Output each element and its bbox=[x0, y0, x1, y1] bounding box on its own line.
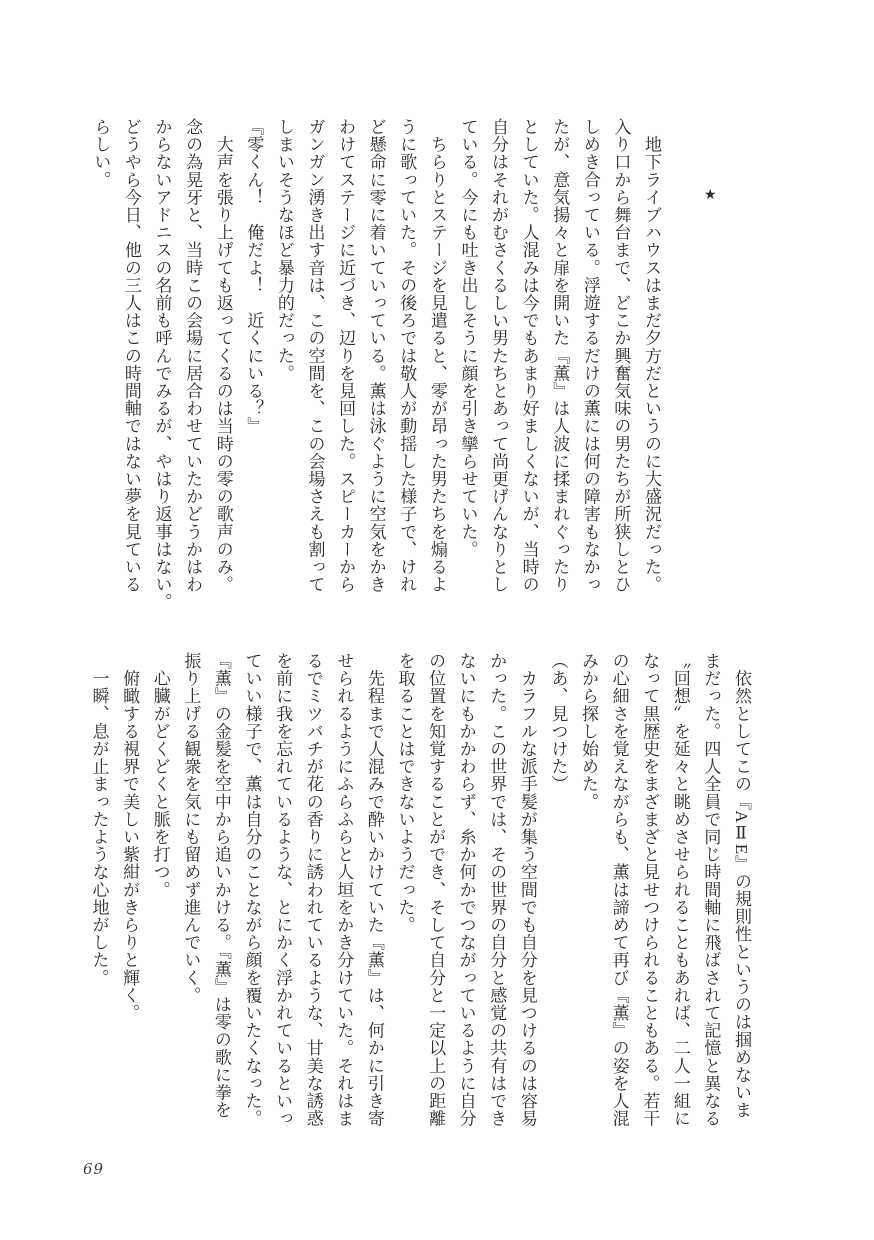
section-divider-star: ★ bbox=[704, 188, 717, 202]
text-line: カラフルな派手髪が集う空間でも自分を見つけるのは容易 bbox=[511, 652, 542, 1128]
text-line: ている。今にも吐き出しそうに顔を引き攣らせていた。 bbox=[452, 118, 483, 594]
text-line: 自分はそれがむさくるしい男たちとあって尚更げんなりとし bbox=[482, 118, 513, 594]
text-line: 一瞬、息が止まったような心地がした。 bbox=[83, 652, 114, 1128]
scene-2-text-block: 依然としてこの『AⅡE』の規則性というのは掴めないままだった。四人全員で同じ時間… bbox=[83, 652, 756, 1128]
text-line: の心細さを覚えながらも、薫は諦めて再び『薫』の姿を人混 bbox=[603, 652, 634, 1128]
text-line: （あ、見つけた） bbox=[542, 652, 573, 1128]
text-line: まだった。四人全員で同じ時間軸に飛ばされて記憶と異なる bbox=[695, 652, 726, 1128]
text-line: 地下ライブハウスはまだ夕方だというのに大盛況だった。 bbox=[635, 118, 666, 594]
text-line: 俯瞰する視界で美しい紫紺がきらりと輝く。 bbox=[114, 652, 145, 1128]
text-line: ど懸命に零に着いていっている。薫は泳ぐように空気をかき bbox=[360, 118, 391, 594]
text-line: たが、意気揚々と扉を開いた『薫』は人波に揉まれぐったり bbox=[544, 118, 575, 594]
scene-1-text-block: 地下ライブハウスはまだ夕方だというのに大盛況だった。入り口から舞台まで、どこか興… bbox=[85, 118, 666, 594]
text-line: かった。この世界では、その世界の自分と感覚の共有はでき bbox=[481, 652, 512, 1128]
text-line: ちらりとステージを見遣ると、零が昂った男たちを煽るよ bbox=[421, 118, 452, 594]
text-line: らしい。 bbox=[85, 118, 116, 594]
text-line: なって黒歴史をまざまざと見せつけられることもある。若干 bbox=[634, 652, 665, 1128]
text-line: しめき合っている。浮遊するだけの薫には何の障害もなかっ bbox=[574, 118, 605, 594]
text-line: ないにもかかわらず、糸か何かでつながっているように自分 bbox=[450, 652, 481, 1128]
text-line: 『薫』の金髪を空中から追いかける。『薫』は零の歌に拳を bbox=[205, 652, 236, 1128]
text-line: 念の為晃牙と、当時この会場に居合わせていたかどうかはわ bbox=[177, 118, 208, 594]
text-line: を前に我を忘れているような、とにかく浮かれているといっ bbox=[267, 652, 298, 1128]
text-line: の位置を知覚することができ、そして自分と一定以上の距離 bbox=[419, 652, 450, 1128]
text-line: 大声を張り上げても返ってくるのは当時の零の歌声のみ。 bbox=[207, 118, 238, 594]
text-line: るでミツバチが花の香りに誘われているような、甘美な誘惑 bbox=[297, 652, 328, 1128]
text-line: ていい様子で、薫は自分のことながら顔を覆いたくなった。 bbox=[236, 652, 267, 1128]
text-line: ガンガン湧き出す音は、この空間を、この会場さえも割って bbox=[299, 118, 330, 594]
text-line: としていた。人混みは今でもあまり好ましくないが、当時の bbox=[513, 118, 544, 594]
page-number: 69 bbox=[83, 1160, 104, 1178]
text-line: 先程まで人混みで酔いかけていた『薫』は、何かに引き寄 bbox=[358, 652, 389, 1128]
text-line: を取ることはできないようだった。 bbox=[389, 652, 420, 1128]
text-line: みから探し始めた。 bbox=[572, 652, 603, 1128]
book-page: ★ 地下ライブハウスはまだ夕方だというのに大盛況だった。入り口から舞台まで、どこ… bbox=[0, 0, 874, 1240]
text-line: どうやら今日、他の三人はこの時間軸ではない夢を見ている bbox=[115, 118, 146, 594]
text-line: 〝回想〟を延々と眺めさせられることもあれば、二人一組に bbox=[664, 652, 695, 1128]
text-line: 『零くん！ 俺だよ！ 近くにいる？』 bbox=[238, 118, 269, 594]
text-line: しまいそうなほど暴力的だった。 bbox=[268, 118, 299, 594]
text-line: せられるようにふらふらと人垣をかき分けていた。それはま bbox=[328, 652, 359, 1128]
text-line: うに歌っていた。その後ろでは敬人が動揺した様子で、けれ bbox=[391, 118, 422, 594]
text-line: わけてステージに近づき、辺りを見回した。スピーカーから bbox=[329, 118, 360, 594]
text-line: 心臓がどくどくと脈を打つ。 bbox=[144, 652, 175, 1128]
text-line: 依然としてこの『AⅡE』の規則性というのは掴めないま bbox=[725, 652, 756, 1128]
text-line: 入り口から舞台まで、どこか興奮気味の男たちが所狭しとひ bbox=[605, 118, 636, 594]
text-line: からないアドニスの名前も呼んでみるが、やはり返事はない。 bbox=[146, 118, 177, 594]
text-line: 振り上げる観衆を気にも留めず進んでいく。 bbox=[175, 652, 206, 1128]
